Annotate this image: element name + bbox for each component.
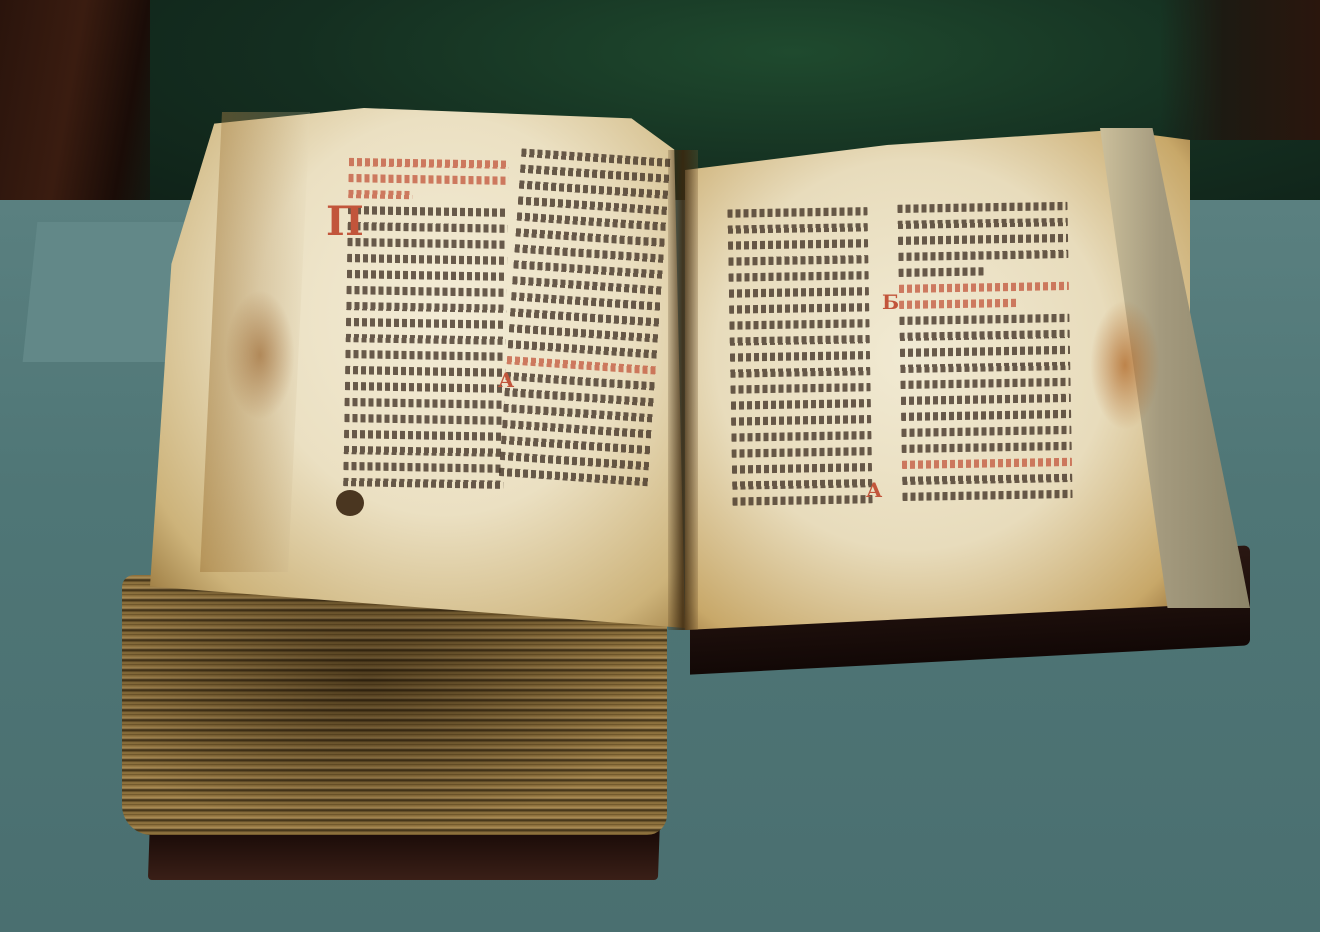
red-initial-right-lower: А [866,478,882,502]
book-gutter [668,150,698,630]
decorated-initial-left: П [326,198,364,245]
red-initial-right: Б [882,290,899,314]
water-stain-right [1090,300,1160,430]
left-page-column-2 [498,145,671,491]
right-page-column-2 [897,199,1072,506]
water-stain-left [225,290,295,420]
photo-scene: П А Б А Open medieval Cyrillic manuscrip… [0,0,1320,932]
wooden-panel-right [1160,0,1320,140]
red-initial-left-col2: А [498,368,514,392]
right-page-column-1 [727,204,872,510]
page-hole [336,490,364,516]
left-page-column-1 [343,155,509,494]
